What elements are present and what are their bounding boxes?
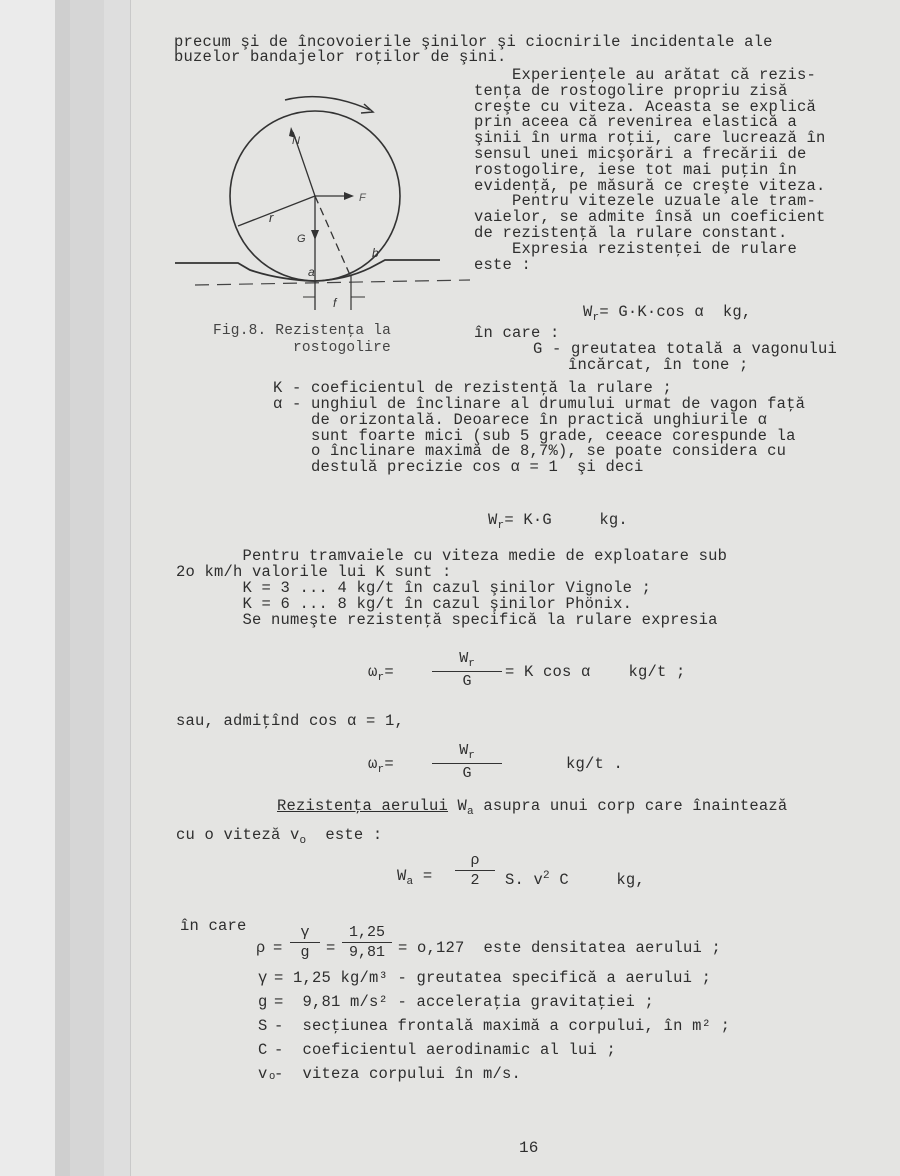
equals-sign: = (273, 940, 283, 956)
right-column-line: evidenţă, pe măsură ce creşte viteza. (474, 178, 826, 194)
right-column-line: Expresia rezistenţei de rulare (474, 241, 797, 257)
rho-fraction: γg (290, 924, 320, 961)
figure-caption: Fig.8. Rezistenţa la (213, 323, 391, 339)
rho-definition: = o,127 este densitatea aerului ; (398, 940, 721, 956)
tram-paragraph-line: Se numeşte rezistenţă specifică la rular… (176, 612, 718, 628)
air-resistance-line: cu o viteză vo este : (176, 827, 382, 849)
equals-sign: = (326, 940, 336, 956)
formula-omega-rhs: = K cos α kg/t ; (505, 664, 686, 680)
svg-text:N: N (292, 135, 300, 147)
in-care-label: în care (180, 918, 247, 934)
svg-text:f: f (333, 296, 338, 310)
rho-symbol: ρ (256, 940, 266, 956)
scan-background (0, 0, 56, 1176)
formula-wr: Wr= G·K·cos α kg, (583, 304, 751, 326)
alpha-definition-line: α - unghiul de înclinare al drumului urm… (273, 396, 805, 412)
symbol: g (258, 994, 268, 1010)
svg-text:G: G (297, 233, 306, 245)
air-resistance-line: Rezistenţa aerului Wa asupra unui corp c… (277, 798, 787, 820)
svg-text:F: F (359, 192, 367, 204)
rho-value-fraction: 1,259,81 (342, 924, 392, 961)
alpha-definition-line: sunt foarte mici (sub 5 grade, ceeace co… (273, 428, 796, 444)
intro-line: buzelor bandajelor roţilor de şini. (174, 49, 507, 65)
page-stack-edge (104, 0, 131, 1176)
sau-line: sau, admiţînd cos α = 1, (176, 713, 404, 729)
rolling-resistance-figure: N F r G a b f (170, 80, 470, 315)
formula-omega2-rhs: kg/t . (566, 756, 623, 772)
formula-omega2-fraction: WrG (432, 742, 502, 782)
symbol-definition: = 1,25 kg/m³ - greutatea specifică a aer… (274, 970, 711, 986)
formula-omega-fraction: WrG (432, 650, 502, 690)
right-column-line: prin aceea că revenirea elastică a (474, 114, 797, 130)
page-number: 16 (519, 1140, 539, 1156)
svg-text:a: a (308, 265, 315, 279)
page-stack-edge (55, 0, 70, 1176)
figure-caption: rostogolire (293, 340, 391, 356)
symbol-definition: - secţiunea frontală maximă a corpului, … (274, 1018, 730, 1034)
definition-G: G - greutatea totală a vagonului (533, 341, 837, 357)
right-column-line: rostogolire, iese tot mai puţin în (474, 162, 797, 178)
right-column-line: Experienţele au arătat că rezis- (474, 67, 816, 83)
right-column-line: tenţa de rostogolire propriu zisă (474, 83, 788, 99)
right-column-line: Pentru vitezele uzuale ale tram- (474, 193, 816, 209)
symbol: γ (258, 970, 268, 986)
symbol: S (258, 1018, 268, 1034)
definition-G: încărcat, în tone ; (568, 357, 749, 373)
tram-paragraph-line: Pentru tramvaiele cu viteza medie de exp… (176, 548, 727, 564)
symbol-definition: - viteza corpului în m/s. (274, 1066, 521, 1082)
right-column-line: creşte cu viteza. Aceasta se explică (474, 99, 816, 115)
svg-text:r: r (269, 210, 274, 225)
section-heading: Rezistenţa aerului (277, 797, 448, 815)
formula-wa-fraction: ρ2 (455, 852, 495, 889)
definition-K: K - coeficientul de rezistenţă la rulare… (273, 380, 672, 396)
right-column-line: de rezistenţă la rulare constant. (474, 225, 788, 241)
symbol-definition: - coeficientul aerodinamic al lui ; (274, 1042, 616, 1058)
alpha-definition-line: de orizontală. Deoarece în practică ungh… (273, 412, 767, 428)
in-care-label: în care : (474, 325, 560, 341)
tram-paragraph-line: K = 6 ... 8 kg/t în cazul şinilor Phönix… (176, 596, 632, 612)
formula-omega-lhs: ωr= (368, 664, 394, 686)
formula-wa-lhs: Wa = (397, 868, 432, 890)
symbol: C (258, 1042, 268, 1058)
right-column-line: este : (474, 257, 531, 273)
svg-text:b: b (372, 246, 379, 260)
right-column-line: sensul unei micşorări a frecării de (474, 146, 807, 162)
symbol-definition: = 9,81 m/s² - acceleraţia gravitaţiei ; (274, 994, 654, 1010)
tram-paragraph-line: 2o km/h valorile lui K sunt : (176, 564, 452, 580)
alpha-definition-line: destulă precizie cos α = 1 şi deci (273, 459, 644, 475)
right-column-line: vaielor, se admite însă un coeficient (474, 209, 826, 225)
alpha-definition-line: o înclinare maximă de 8,7%), se poate co… (273, 443, 786, 459)
page-stack-edge (70, 0, 104, 1176)
formula-wa-rhs: S. v2 C kg, (505, 868, 645, 888)
tram-paragraph-line: K = 3 ... 4 kg/t în cazul şinilor Vignol… (176, 580, 651, 596)
right-column-line: şinii în urma roţii, care lucrează în (474, 130, 826, 146)
formula-omega2-lhs: ωr= (368, 756, 394, 778)
formula-wr-simplified: Wr= K·G kg. (488, 512, 628, 534)
